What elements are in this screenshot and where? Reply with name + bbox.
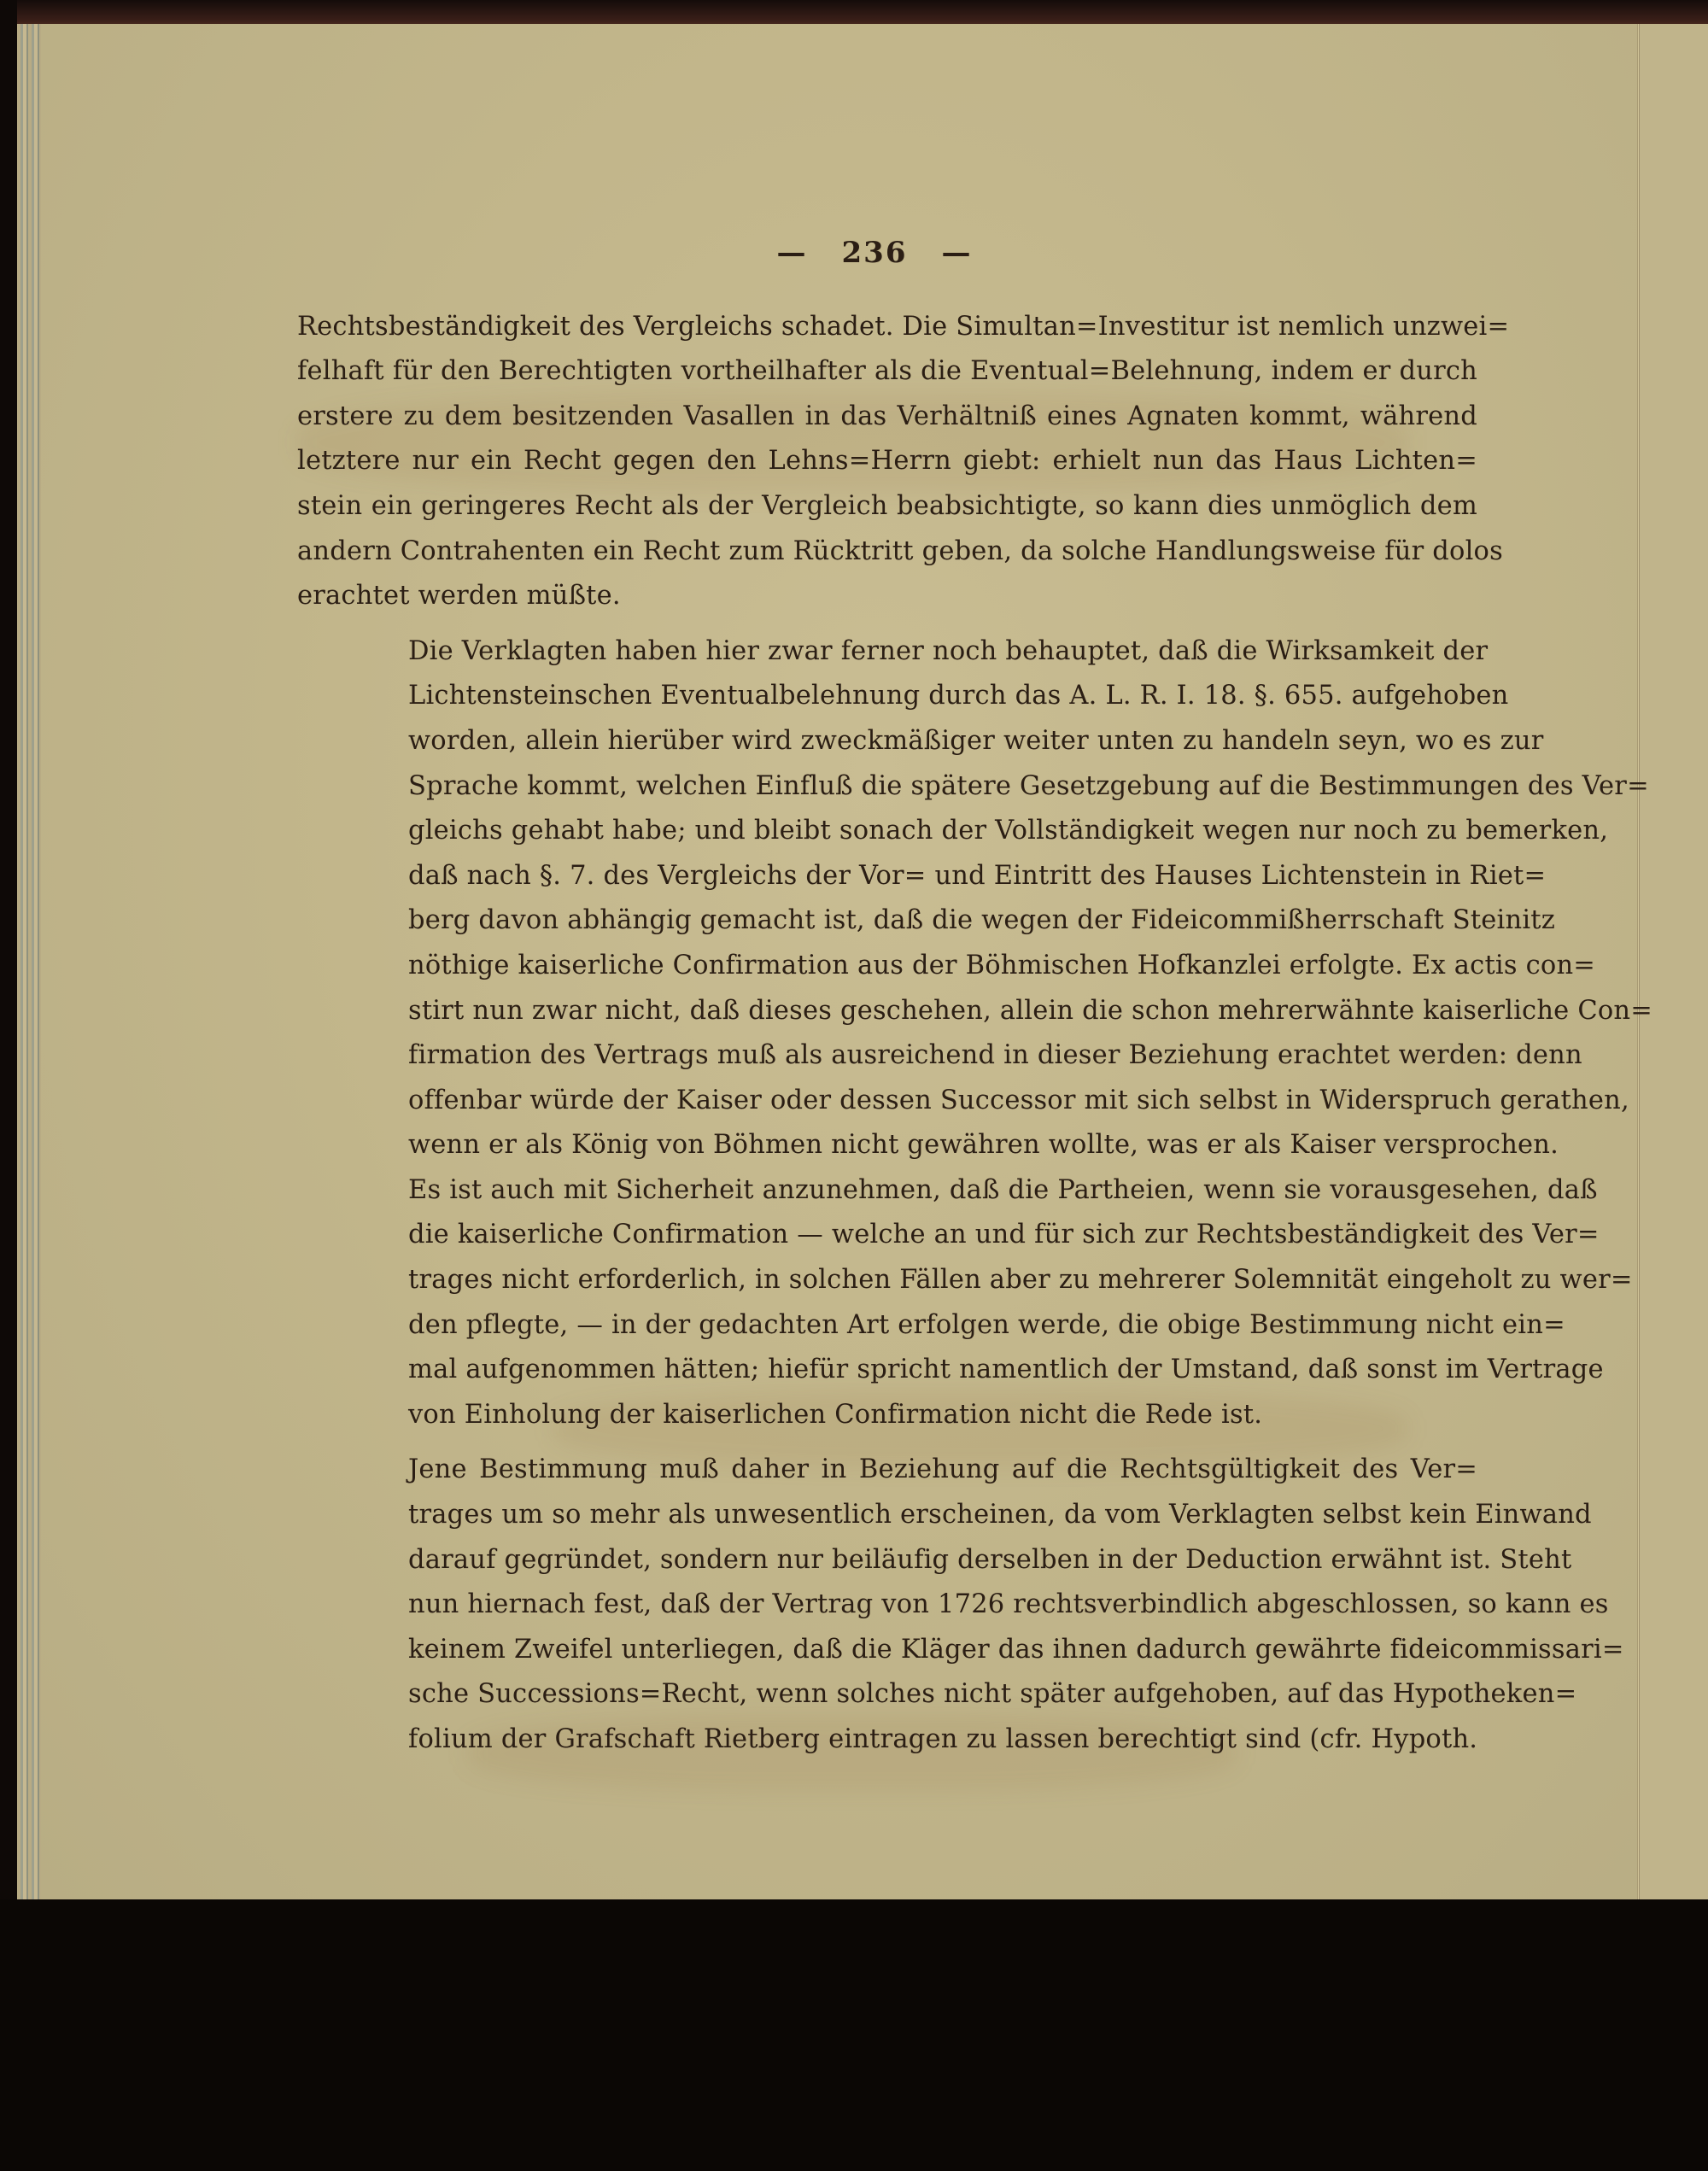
text-line: berg davon abhängig gemacht ist, daß die… bbox=[297, 898, 1477, 944]
text-line: wenn er als König von Böhmen nicht gewäh… bbox=[297, 1123, 1477, 1168]
text-line: offenbar würde der Kaiser oder dessen Su… bbox=[297, 1079, 1477, 1124]
page-number: —236— bbox=[297, 231, 1477, 276]
text-line: worden, allein hierüber wird zweckmäßige… bbox=[297, 719, 1477, 764]
text-line: darauf gegründet, sondern nur beiläufig … bbox=[297, 1538, 1477, 1583]
text-line: letztere nur ein Recht gegen den Lehns=H… bbox=[297, 439, 1477, 484]
right-leaf-edge bbox=[1640, 24, 1708, 1901]
text-line: den pflegte, — in der gedachten Art erfo… bbox=[297, 1303, 1477, 1349]
text-line: sche Successions=Recht, wenn solches nic… bbox=[297, 1672, 1477, 1717]
text-line: trages nicht erforderlich, in solchen Fä… bbox=[297, 1258, 1477, 1303]
text-line: nun hiernach fest, daß der Vertrag von 1… bbox=[297, 1583, 1477, 1628]
text-line: stirt nun zwar nicht, daß dieses gescheh… bbox=[297, 989, 1477, 1034]
text-line: keinem Zweifel unterliegen, daß die Kläg… bbox=[297, 1628, 1477, 1673]
text-line: stein ein geringeres Recht als der Vergl… bbox=[297, 484, 1477, 530]
text-line: die kaiserliche Confirmation — welche an… bbox=[297, 1213, 1477, 1258]
page-number-dash-right: — bbox=[941, 231, 972, 276]
book-cover-edge-top bbox=[17, 0, 1708, 26]
paragraph: Die Verklagten haben hier zwar ferner no… bbox=[297, 629, 1477, 1438]
text-line: erachtet werden müßte. bbox=[297, 574, 1477, 619]
body-paragraphs: Rechtsbeständigkeit des Vergleichs schad… bbox=[297, 305, 1477, 1763]
page-stack-edge bbox=[17, 24, 43, 1901]
text-line: von Einholung der kaiserlichen Confirmat… bbox=[297, 1393, 1477, 1438]
text-line: felhaft für den Berechtigten vortheilhaf… bbox=[297, 349, 1477, 395]
text-line: firmation des Vertrags muß als ausreiche… bbox=[297, 1033, 1477, 1079]
text-line: daß nach §. 7. des Vergleichs der Vor= u… bbox=[297, 854, 1477, 899]
page-number-dash-left: — bbox=[777, 231, 808, 276]
text-line: Lichtensteinschen Eventualbelehnung durc… bbox=[297, 674, 1477, 719]
text-line: Es ist auch mit Sicherheit anzunehmen, d… bbox=[297, 1168, 1477, 1214]
text-line: Sprache kommt, welchen Einfluß die späte… bbox=[297, 764, 1477, 810]
text-line: Die Verklagten haben hier zwar ferner no… bbox=[297, 629, 1477, 675]
paragraph: Rechtsbeständigkeit des Vergleichs schad… bbox=[297, 305, 1477, 619]
page-number-value: 236 bbox=[842, 236, 908, 270]
text-line: erstere zu dem besitzenden Vasallen in d… bbox=[297, 395, 1477, 440]
paragraph: Jene Bestimmung muß daher in Beziehung a… bbox=[297, 1448, 1477, 1762]
text-line: Jene Bestimmung muß daher in Beziehung a… bbox=[297, 1448, 1477, 1493]
text-line: trages um so mehr als unwesentlich ersch… bbox=[297, 1493, 1477, 1538]
text-line: folium der Grafschaft Rietberg eintragen… bbox=[297, 1717, 1477, 1763]
text-line: gleichs gehabt habe; und bleibt sonach d… bbox=[297, 809, 1477, 854]
text-line: nöthige kaiserliche Confirmation aus der… bbox=[297, 944, 1477, 989]
text-line: Rechtsbeständigkeit des Vergleichs schad… bbox=[297, 305, 1477, 350]
scan-background-bottom bbox=[0, 1899, 1708, 2171]
page-text-block: —236— Rechtsbeständigkeit des Vergleichs… bbox=[297, 231, 1477, 1763]
text-line: mal aufgenommen hätten; hiefür spricht n… bbox=[297, 1348, 1477, 1393]
text-line: andern Contrahenten ein Recht zum Rücktr… bbox=[297, 530, 1477, 575]
